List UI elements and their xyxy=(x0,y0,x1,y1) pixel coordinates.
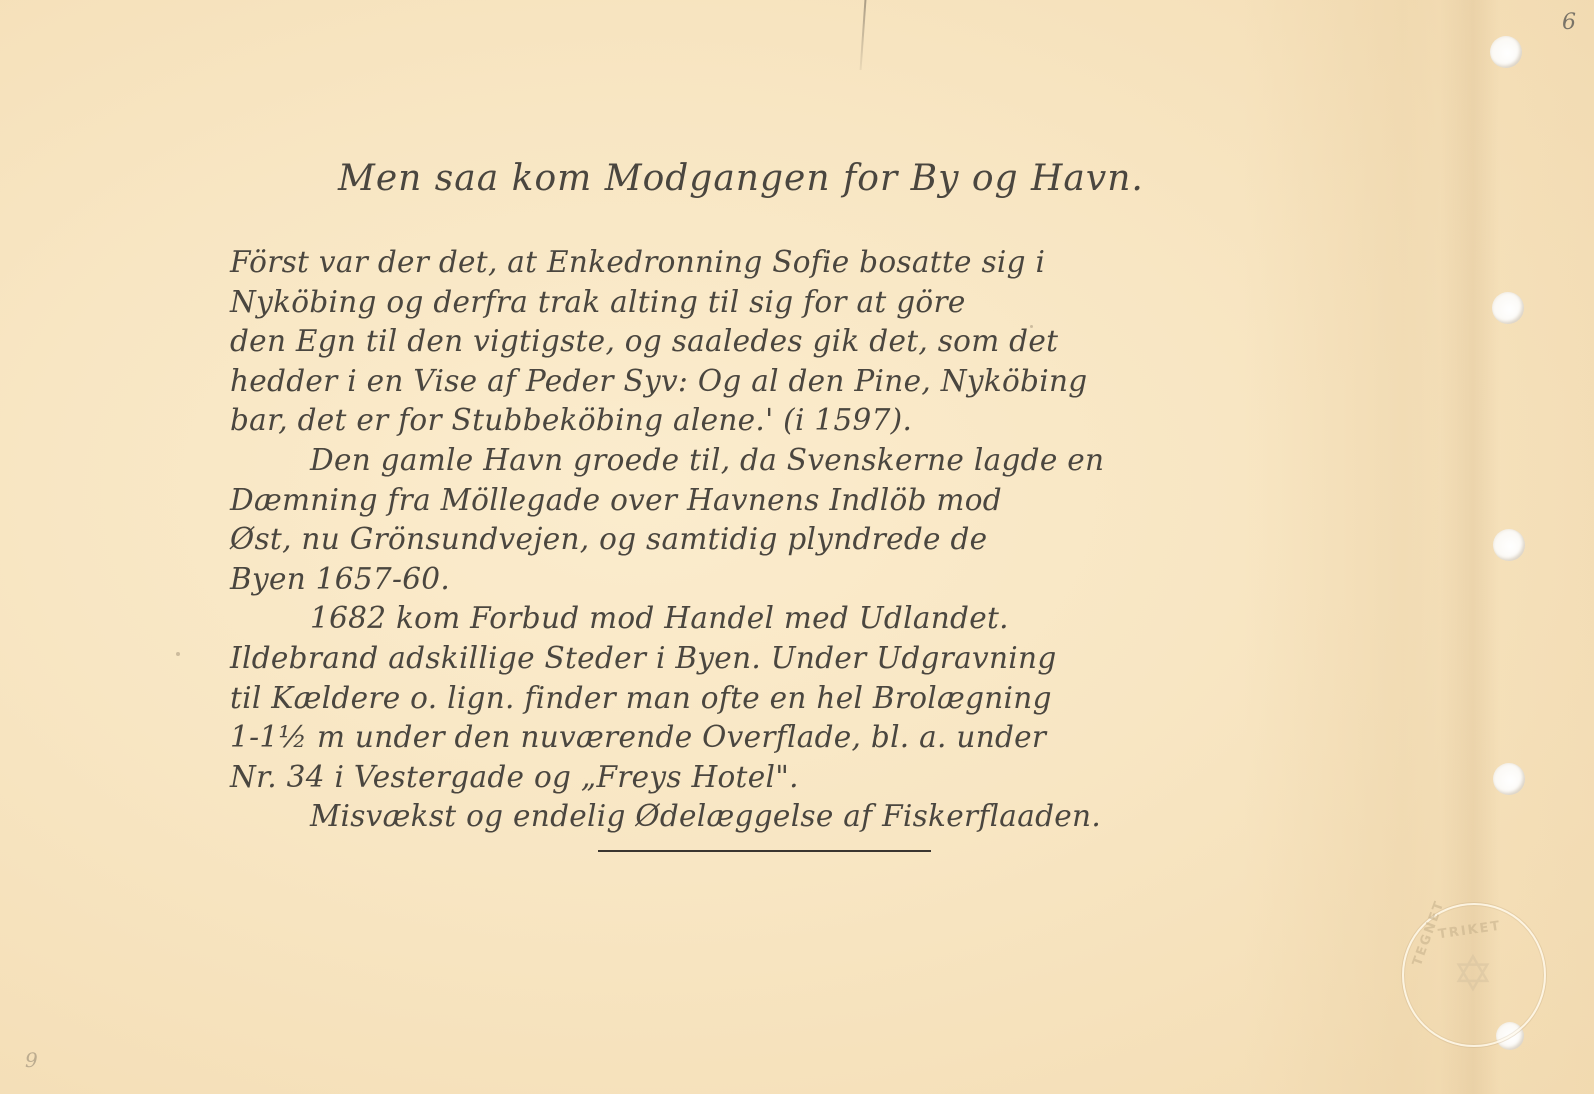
text-line: til Kældere o. lign. finder man ofte en … xyxy=(230,679,1390,719)
star-emblem-icon: ✡ xyxy=(1452,945,1494,1003)
text-line: Den gamle Havn groede til, da Svenskerne… xyxy=(230,441,1390,481)
text-line: Misvækst og endelig Ødelæggelse af Fiske… xyxy=(230,797,1390,837)
paper-speck xyxy=(176,652,180,656)
punch-hole-icon xyxy=(1493,763,1525,795)
punch-hole-icon xyxy=(1493,529,1525,561)
text-line: Øst, nu Grönsundvejen, og samtidig plynd… xyxy=(230,520,1390,560)
text-line: hedder i en Vise af Peder Syv: Og al den… xyxy=(230,362,1390,402)
paper-crease xyxy=(860,0,867,70)
text-line: Nyköbing og derfra trak alting til sig f… xyxy=(230,283,1390,323)
text-line: Byen 1657-60. xyxy=(230,560,1390,600)
text-line: Ildebrand adskillige Steder i Byen. Unde… xyxy=(230,639,1390,679)
text-line: 1682 kom Forbud mod Handel med Udlandet. xyxy=(230,599,1390,639)
punch-hole-icon xyxy=(1490,36,1522,68)
text-line: den Egn til den vigtigste, og saaledes g… xyxy=(230,322,1390,362)
embossed-stamp: TRIKET TEGNET ✡ xyxy=(1402,903,1546,1047)
stamp-text-top: TRIKET xyxy=(1437,919,1502,943)
document-page: 6 Men saa kom Modgangen for By og Havn. … xyxy=(0,0,1594,1094)
punch-hole-icon xyxy=(1492,292,1524,324)
page-number: 6 xyxy=(1562,10,1576,35)
handwritten-body: Först var der det, at Enkedronning Sofie… xyxy=(230,243,1390,837)
end-rule-divider xyxy=(598,850,931,852)
text-line: Dæmning fra Möllegade over Havnens Indlö… xyxy=(230,481,1390,521)
paper-speck xyxy=(1030,325,1033,328)
text-line: 1-1½ m under den nuværende Overflade, bl… xyxy=(230,718,1390,758)
text-line: Nr. 34 i Vestergade og „Freys Hotel". xyxy=(230,758,1390,798)
text-line: Först var der det, at Enkedronning Sofie… xyxy=(230,243,1390,283)
page-title: Men saa kom Modgangen for By og Havn. xyxy=(338,158,1144,199)
text-line: bar, det er for Stubbeköbing alene.' (i … xyxy=(230,401,1390,441)
margin-pencil-mark: 9 xyxy=(25,1048,38,1072)
